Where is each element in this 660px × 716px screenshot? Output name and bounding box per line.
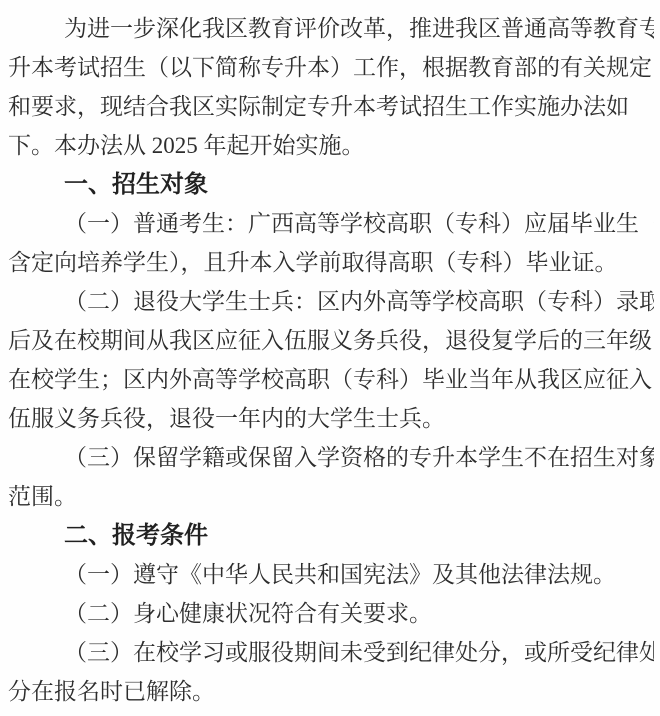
paragraph-line: （二）身心健康状况符合有关要求。 (8, 594, 654, 633)
paragraph-line: （三）在校学习或服役期间未受到纪律处分，或所受纪律处 (8, 633, 654, 672)
paragraph-line: （二）退役大学生士兵：区内外高等学校高职（专科）录取 (8, 282, 654, 321)
section-heading-2: 二、报考条件 (8, 516, 654, 555)
document-page: 为进一步深化我区教育评价改革，推进我区普通高等教育专 升本考试招生（以下简称专升… (0, 0, 660, 716)
paragraph-line: 范围。 (8, 477, 654, 516)
paragraph-line: （一）遵守《中华人民共和国宪法》及其他法律法规。 (8, 555, 654, 594)
section-heading-1: 一、招生对象 (8, 165, 654, 204)
paragraph-line: 在校学生；区内外高等学校高职（专科）毕业当年从我区应征入 (8, 360, 654, 399)
paragraph-line: 伍服义务兵役，退役一年内的大学生士兵。 (8, 399, 654, 438)
paragraph-line: 分在报名时已解除。 (8, 672, 654, 711)
paragraph-line: 下。本办法从 2025 年起开始实施。 (8, 126, 654, 165)
paragraph-line: 和要求，现结合我区实际制定专升本考试招生工作实施办法如 (8, 87, 654, 126)
paragraph-line: 升本考试招生（以下简称专升本）工作，根据教育部的有关规定 (8, 48, 654, 87)
paragraph-line: 含定向培养学生），且升本入学前取得高职（专科）毕业证。 (8, 243, 654, 282)
paragraph-line: （一）普通考生：广西高等学校高职（专科）应届毕业生（不 (8, 204, 654, 243)
paragraph-line: 后及在校期间从我区应征入伍服义务兵役，退役复学后的三年级 (8, 321, 654, 360)
paragraph-line: （三）保留学籍或保留入学资格的专升本学生不在招生对象 (8, 438, 654, 477)
paragraph-line: 为进一步深化我区教育评价改革，推进我区普通高等教育专 (8, 9, 654, 48)
